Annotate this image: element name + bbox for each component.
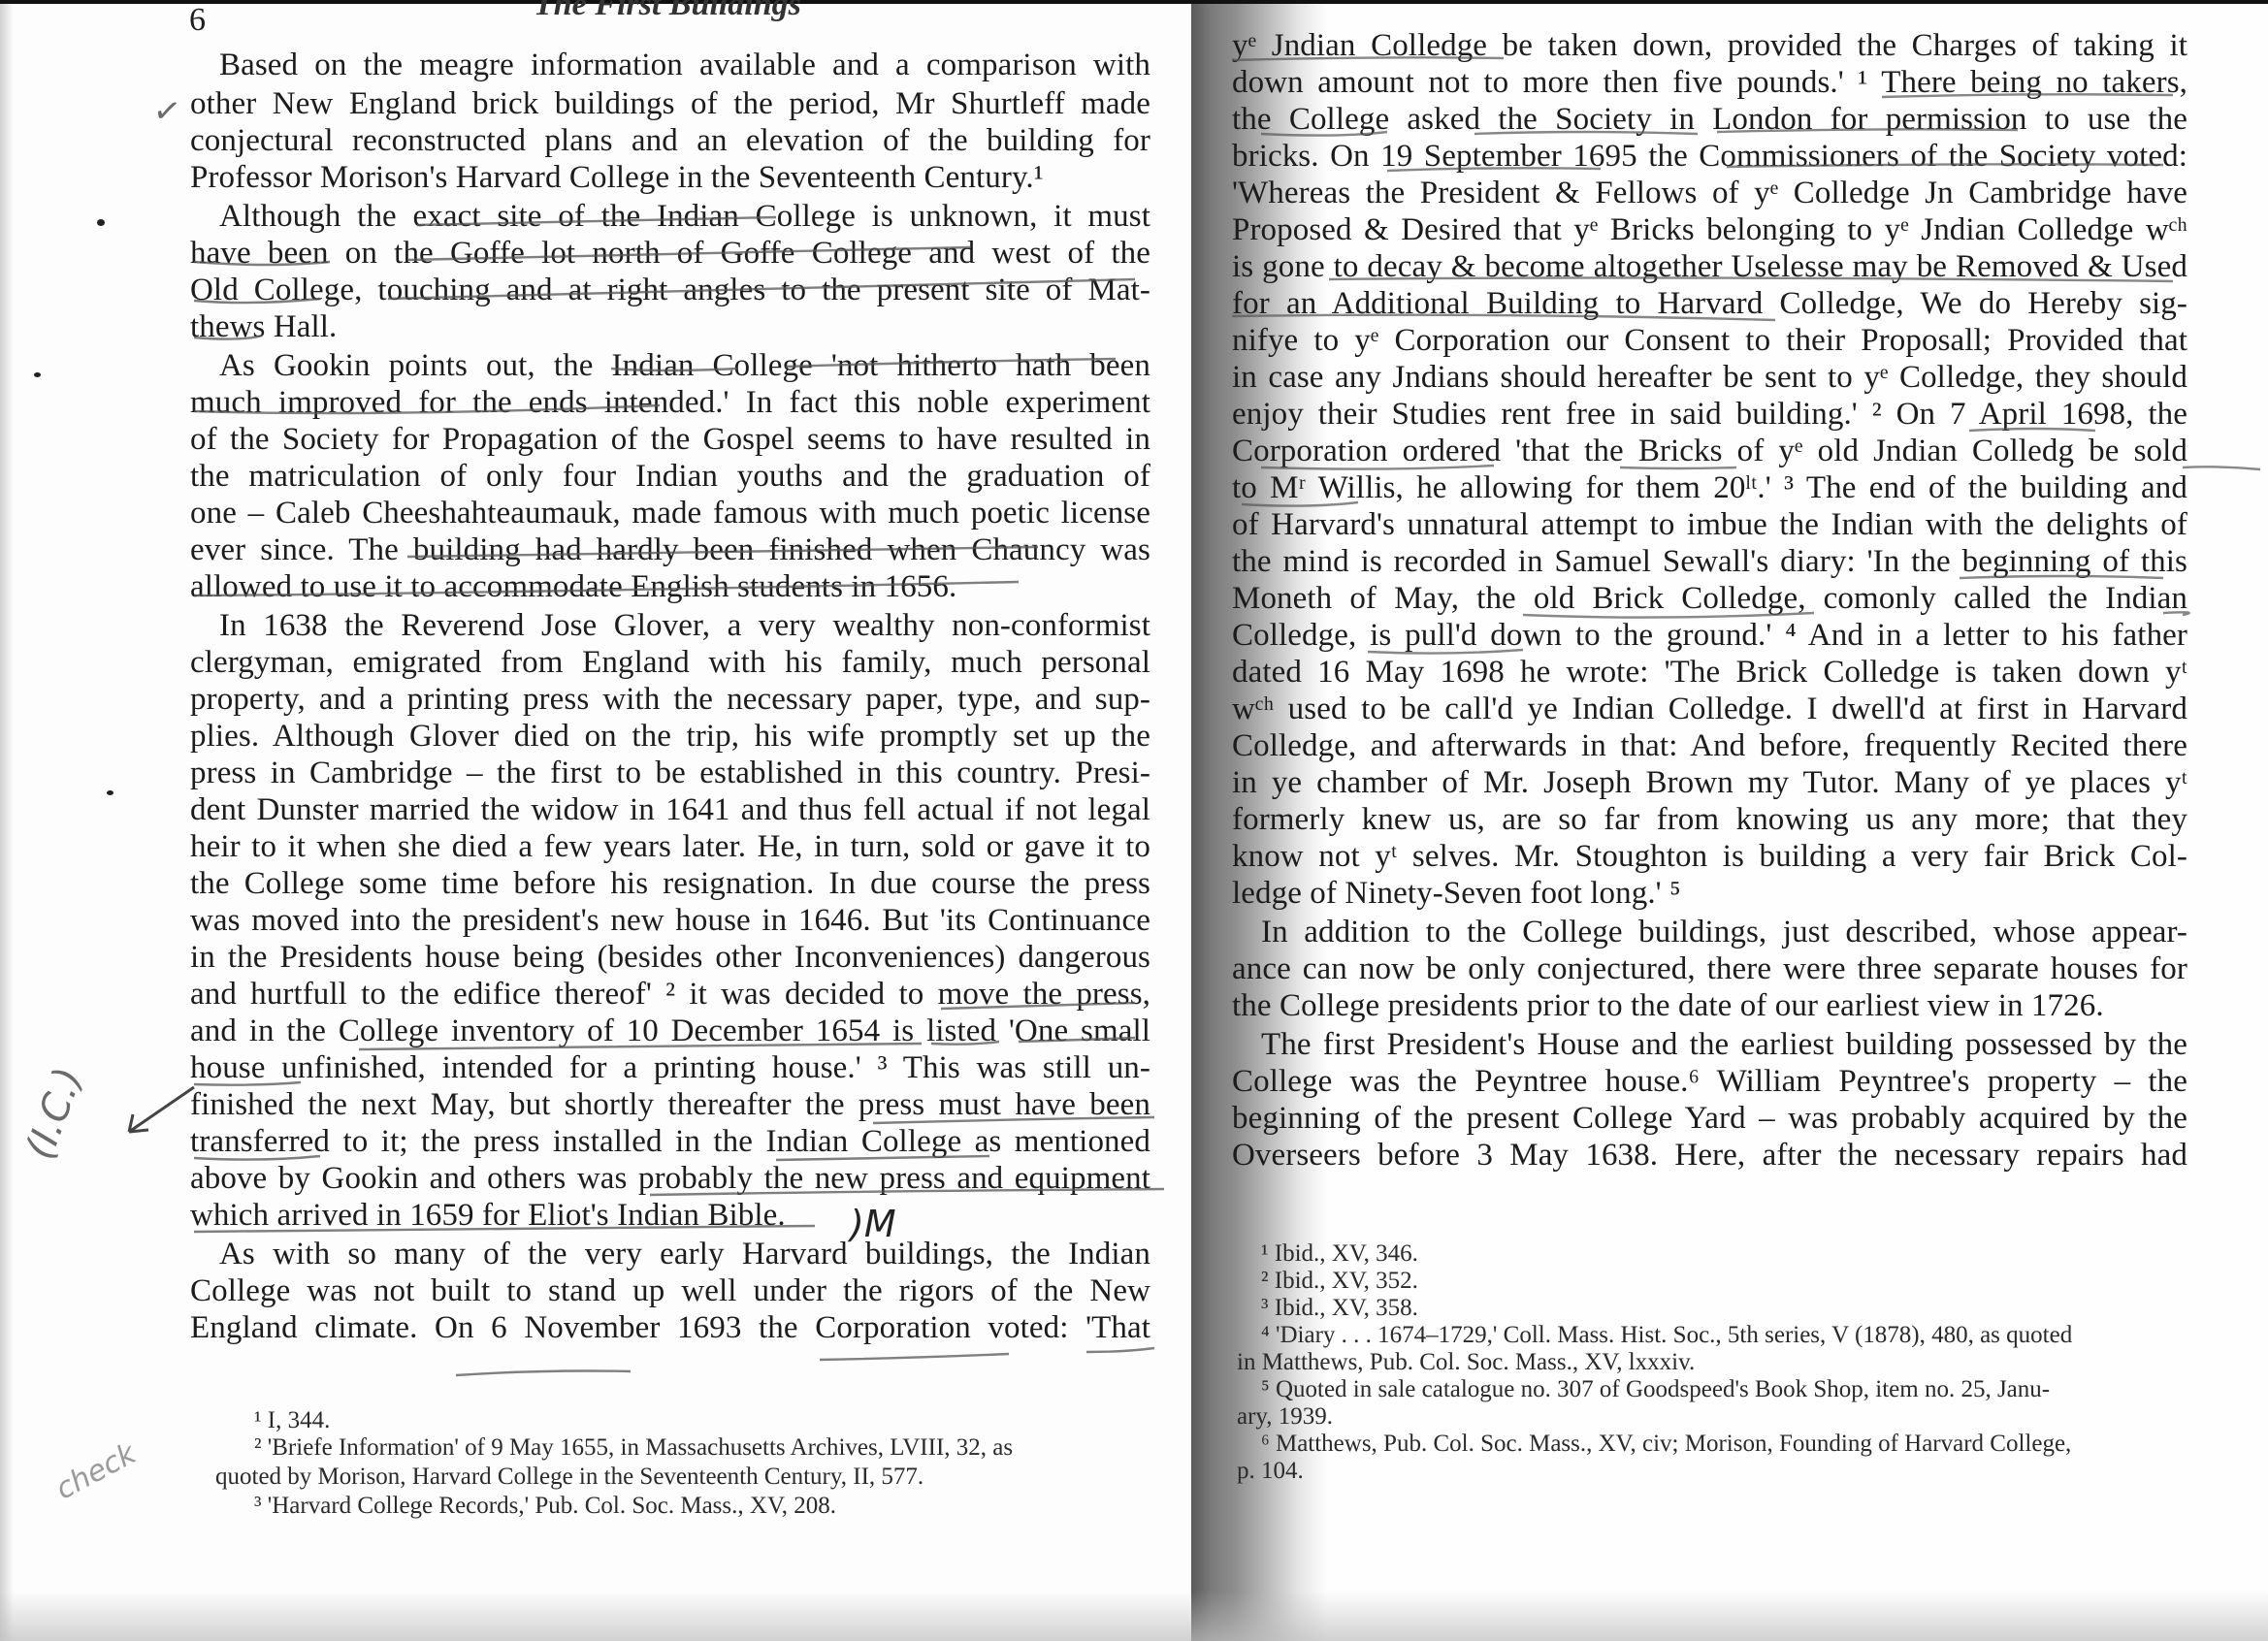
pen-underlines-right bbox=[1193, 0, 2268, 1641]
scan-bottom-shadow bbox=[0, 1591, 2268, 1641]
pen-underlines bbox=[0, 0, 1193, 1641]
